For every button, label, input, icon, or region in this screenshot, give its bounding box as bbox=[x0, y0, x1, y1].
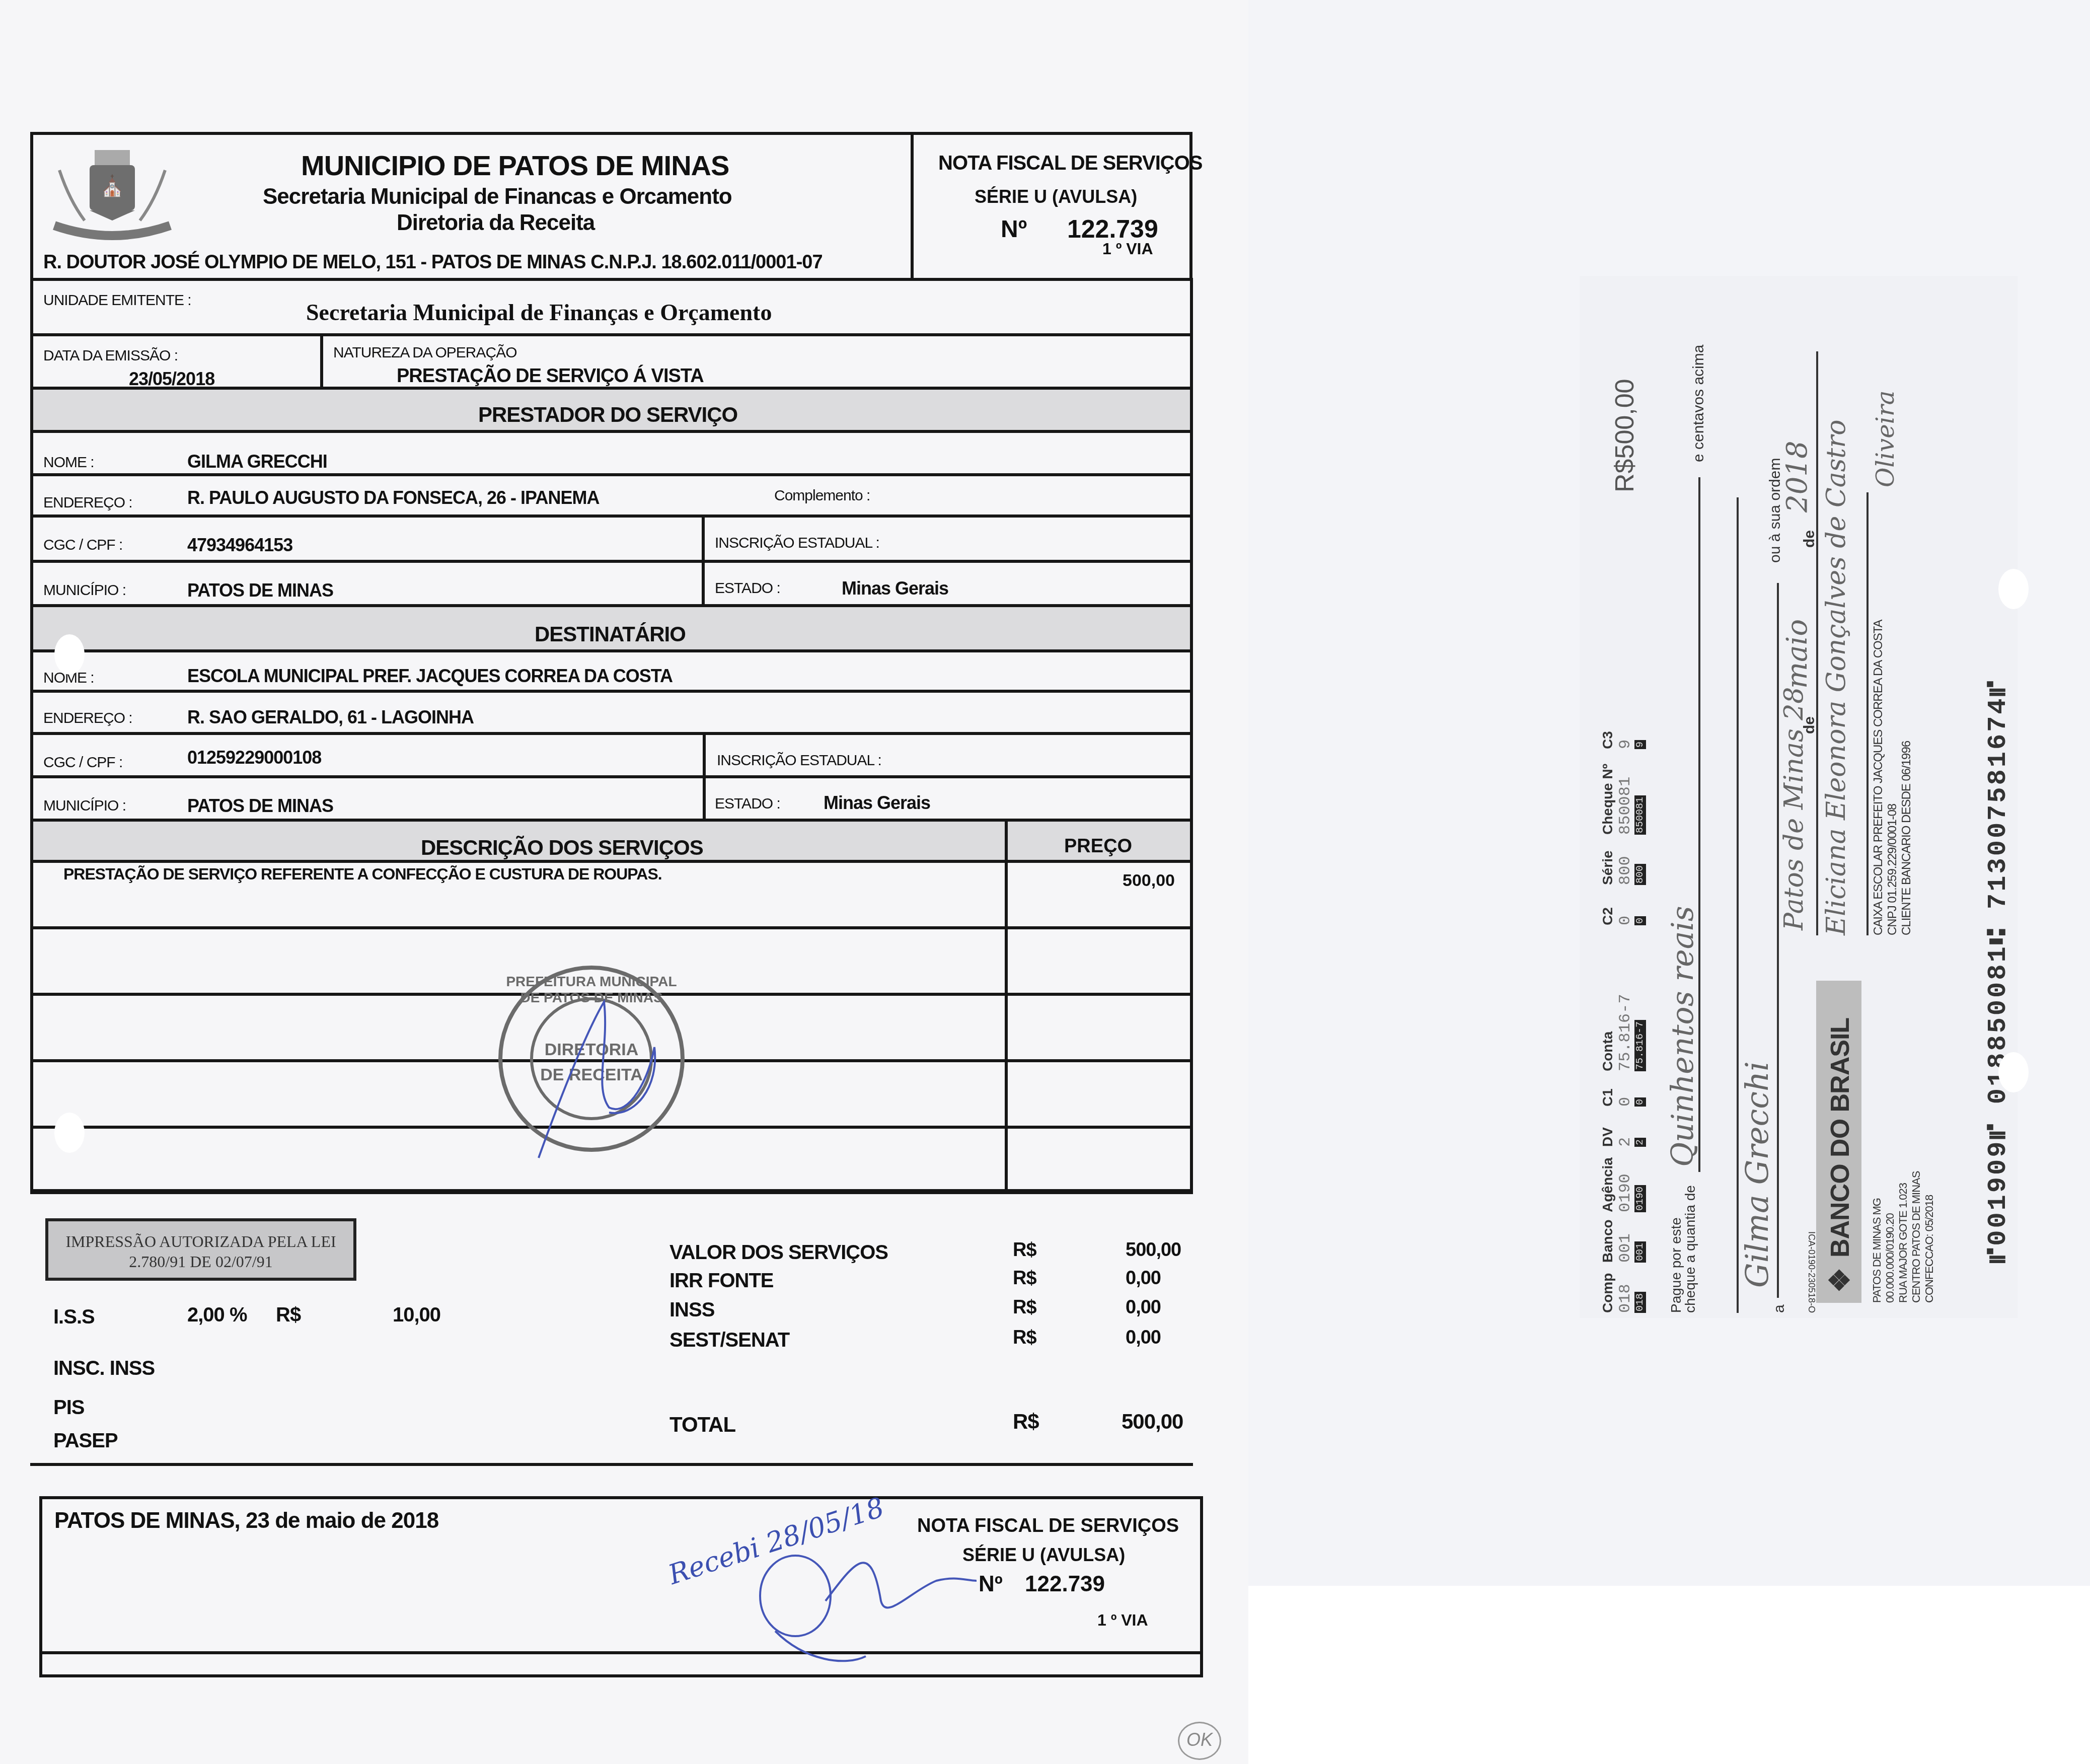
totals-row-value: 0,00 bbox=[1126, 1327, 1161, 1349]
check-signature-2: Oliveira bbox=[1872, 391, 1900, 488]
destinatario-cpf: 01259229000108 bbox=[187, 747, 321, 768]
total-value: 500,00 bbox=[1122, 1410, 1183, 1434]
prestador-nome-label: NOME : bbox=[43, 454, 94, 471]
iss-label: I.S.S bbox=[53, 1306, 95, 1329]
check-field-label: C3 bbox=[1600, 731, 1616, 749]
check-pay-text-line1: Pague por este bbox=[1669, 1217, 1683, 1313]
authorization-line1: IMPRESSÃO AUTORIZADA PELA LEI bbox=[48, 1232, 353, 1251]
prestador-cpf-label: CGC / CPF : bbox=[43, 537, 122, 554]
check-month: maio bbox=[1781, 619, 1814, 689]
bank-branch-line: CONFECCAO: 05/2018 bbox=[1923, 1171, 1936, 1303]
punch-hole bbox=[1998, 569, 2029, 609]
check-de-label-1: de bbox=[1801, 716, 1818, 734]
check-client-since: CLIENTE BANCARIO DESDE 06/1996 bbox=[1900, 741, 1914, 935]
footer-place-date: PATOS DE MINAS, 23 de maio de 2018 bbox=[54, 1508, 438, 1533]
check-field-label: C2 bbox=[1600, 907, 1616, 925]
check-field-value: 001 bbox=[1616, 1219, 1634, 1263]
bank-branch-line: CENTRO PATOS DE MINAS bbox=[1910, 1171, 1923, 1303]
total-currency: R$ bbox=[1013, 1410, 1039, 1434]
check-to-label: a bbox=[1771, 1304, 1788, 1313]
data-emissao-label: DATA DA EMISSÃO : bbox=[43, 347, 178, 364]
check-field-value: 0190 bbox=[1616, 1157, 1634, 1212]
totals-row-value: 0,00 bbox=[1126, 1297, 1161, 1318]
totals-row-label: INSS bbox=[669, 1299, 714, 1321]
check-field-label: Cheque Nº bbox=[1600, 764, 1616, 835]
nota-number-label: Nº bbox=[1001, 215, 1027, 243]
totals-row-currency: R$ bbox=[1013, 1239, 1036, 1261]
iss-rate: 2,00 % bbox=[187, 1304, 247, 1327]
services-desc-header: DESCRIÇÃO DOS SERVIÇOS bbox=[421, 836, 703, 860]
check-field: Comp018018 bbox=[1600, 1273, 1646, 1313]
check-field: Conta75.816-775.816-7 bbox=[1600, 994, 1646, 1071]
punch-hole bbox=[1998, 1052, 2029, 1092]
check-field-tag: 850081 bbox=[1634, 795, 1646, 835]
check-print-code: ICA-0190-230518-O bbox=[1806, 1231, 1817, 1313]
destinatario-section-title: DESTINATÁRIO bbox=[535, 622, 686, 646]
totals-row-label: IRR FONTE bbox=[669, 1270, 774, 1292]
check-amount-words: Quinhentos reais bbox=[1665, 906, 1700, 1167]
check-pay-text-line2: cheque a quantia de bbox=[1683, 1185, 1697, 1313]
invoice-paper: ⛪ MUNICIPIO DE PATOS DE MINAS Secretaria… bbox=[0, 0, 1248, 1764]
nota-via: 1 º VIA bbox=[1102, 240, 1153, 258]
check-field-tag: 0 bbox=[1634, 1097, 1646, 1107]
check-centavos-label: e centavos acima bbox=[1690, 345, 1707, 462]
natureza-value: PRESTAÇÃO DE SERVIÇO Á VISTA bbox=[397, 365, 704, 387]
check-field-tag: 75.816-7 bbox=[1634, 1020, 1646, 1071]
directorate-title: Diretoria da Receita bbox=[397, 210, 594, 236]
authorization-box: IMPRESSÃO AUTORIZADA PELA LEI 2.780/91 D… bbox=[45, 1218, 356, 1281]
check-field: Banco001001 bbox=[1600, 1219, 1646, 1263]
check-field-tag: 9 bbox=[1634, 740, 1646, 749]
punch-hole bbox=[54, 634, 85, 675]
check-field-label: Banco bbox=[1600, 1219, 1616, 1263]
municipality-title: MUNICIPIO DE PATOS DE MINAS bbox=[301, 149, 729, 182]
unidade-emitente-label: UNIDADE EMITENTE : bbox=[43, 292, 191, 309]
check-field-value: 0 bbox=[1616, 907, 1634, 925]
check-field-value: 2 bbox=[1616, 1127, 1634, 1147]
secretariat-title: Secretaria Municipal de Financas e Orcam… bbox=[263, 184, 732, 209]
check-amount: R$500,00 bbox=[1610, 379, 1640, 492]
check-field: Agência01900190 bbox=[1600, 1157, 1646, 1212]
nota-title: NOTA FISCAL DE SERVIÇOS bbox=[938, 152, 1202, 175]
check-field-tag: 0 bbox=[1634, 916, 1646, 925]
check-field-label: Comp bbox=[1600, 1273, 1616, 1313]
destinatario-ie-label: INSCRIÇÃO ESTADUAL : bbox=[717, 752, 881, 769]
nota-serie: SÉRIE U (AVULSA) bbox=[975, 186, 1137, 207]
prestador-endereco-label: ENDEREÇO : bbox=[43, 494, 132, 511]
destinatario-estado: Minas Gerais bbox=[824, 792, 930, 814]
punch-hole bbox=[54, 1113, 85, 1153]
prestador-estado: Minas Gerais bbox=[842, 578, 948, 599]
ok-mark: OK bbox=[1178, 1722, 1221, 1760]
prestador-municipio-label: MUNICÍPIO : bbox=[43, 582, 126, 599]
destinatario-nome: ESCOLA MUNICIPAL PREF. JACQUES CORREA DA… bbox=[187, 666, 673, 687]
pasep-label: PASEP bbox=[53, 1430, 118, 1452]
totals-row-label: SEST/SENAT bbox=[669, 1329, 789, 1352]
destinatario-estado-label: ESTADO : bbox=[715, 795, 780, 813]
footer-number: 122.739 bbox=[1025, 1572, 1105, 1597]
totals-row-label: VALOR DOS SERVIÇOS bbox=[669, 1241, 888, 1264]
address-line: R. DOUTOR JOSÉ OLYMPIO DE MELO, 151 - PA… bbox=[43, 252, 823, 273]
check-field-value: 800 bbox=[1616, 851, 1634, 886]
check-field-tag: 0190 bbox=[1634, 1185, 1646, 1212]
totals-row-value: 500,00 bbox=[1126, 1239, 1181, 1261]
natureza-label: NATUREZA DA OPERAÇÃO bbox=[333, 344, 517, 361]
destinatario-endereco-label: ENDEREÇO : bbox=[43, 710, 132, 727]
coat-of-arms-icon: ⛪ bbox=[39, 145, 185, 246]
check-field: C399 bbox=[1600, 731, 1646, 749]
bank-branch-info: PATOS DE MINAS MG00.000.000/0190.20RUA M… bbox=[1871, 1171, 1936, 1303]
footer-title: NOTA FISCAL DE SERVIÇOS bbox=[917, 1515, 1179, 1537]
service-item-price: 500,00 bbox=[1123, 871, 1175, 891]
check-year: 2018 bbox=[1781, 440, 1814, 512]
micr-line-area: ⑈001909⑈ 018850081⑆ 713007581674⑈ bbox=[1953, 579, 2054, 1284]
services-price-header: PREÇO bbox=[1064, 836, 1132, 857]
check-field-value: 850081 bbox=[1616, 764, 1634, 835]
check-field-value: 0 bbox=[1616, 1088, 1634, 1107]
bank-check: Comp018018Banco001001Agência01900190DV22… bbox=[1580, 276, 2018, 1318]
totals-row-currency: R$ bbox=[1013, 1297, 1036, 1318]
check-field-tag: 018 bbox=[1634, 1292, 1646, 1313]
authorization-line2: 2.780/91 DE 02/07/91 bbox=[48, 1253, 353, 1271]
unidade-emitente-value: Secretaria Municipal de Finanças e Orçam… bbox=[306, 299, 772, 326]
micr-line: ⑈001909⑈ 018850081⑆ 713007581674⑈ bbox=[1983, 679, 2013, 1264]
iss-currency: R$ bbox=[276, 1304, 301, 1327]
check-signature: Eliciana Eleonora Gonçalves de Castro bbox=[1821, 420, 1851, 935]
check-field-tag: 001 bbox=[1634, 1241, 1646, 1263]
check-field-label: C1 bbox=[1600, 1088, 1616, 1107]
prestador-complemento-label: Complemento : bbox=[774, 487, 870, 504]
destinatario-cpf-label: CGC / CPF : bbox=[43, 754, 122, 771]
prestador-cpf: 47934964153 bbox=[187, 535, 292, 556]
prestador-section-title: PRESTADOR DO SERVIÇO bbox=[478, 403, 737, 427]
totals-row-currency: R$ bbox=[1013, 1327, 1036, 1349]
check-cnpj: CNPJ 01.259.229/0001-08 bbox=[1886, 804, 1900, 935]
footer-via: 1 º VIA bbox=[1097, 1611, 1148, 1630]
prestador-municipio: PATOS DE MINAS bbox=[187, 580, 333, 601]
totals-row-currency: R$ bbox=[1013, 1268, 1036, 1289]
check-field-label: Série bbox=[1600, 851, 1616, 886]
check-field-tag: 2 bbox=[1634, 1138, 1646, 1147]
total-label: TOTAL bbox=[669, 1413, 735, 1437]
iss-value: 10,00 bbox=[393, 1304, 440, 1327]
totals-row-value: 0,00 bbox=[1126, 1268, 1161, 1289]
check-field-value: 018 bbox=[1616, 1273, 1634, 1313]
pis-label: PIS bbox=[53, 1396, 84, 1419]
check-field: Cheque Nº850081850081 bbox=[1600, 764, 1646, 835]
check-field-value: 75.816-7 bbox=[1616, 994, 1634, 1071]
bank-name: BANCO DO BRASIL bbox=[1825, 1018, 1855, 1258]
check-account-holder: CAIXA ESCOLAR PREFEITO JACQUES CORREA DA… bbox=[1872, 620, 1886, 935]
check-field: C100 bbox=[1600, 1088, 1646, 1107]
prestador-estado-label: ESTADO : bbox=[715, 580, 780, 597]
destinatario-endereco: R. SAO GERALDO, 61 - LAGOINHA bbox=[187, 707, 474, 728]
check-field-label: Agência bbox=[1600, 1157, 1616, 1212]
check-field: DV22 bbox=[1600, 1127, 1646, 1147]
check-field: Série800800 bbox=[1600, 851, 1646, 886]
check-field: C200 bbox=[1600, 907, 1646, 925]
insc-inss-label: INSC. INSS bbox=[53, 1357, 155, 1380]
bank-branch-line: PATOS DE MINAS MG bbox=[1871, 1171, 1884, 1303]
signature-stamp-icon bbox=[534, 987, 675, 1168]
receipt-signature-icon bbox=[745, 1540, 997, 1671]
check-field-tag: 800 bbox=[1634, 864, 1646, 885]
bank-branch-line: 00.000.000/0190.20 bbox=[1884, 1171, 1897, 1303]
destinatario-municipio: PATOS DE MINAS bbox=[187, 795, 333, 817]
bank-logo: ❖ BANCO DO BRASIL bbox=[1816, 981, 1861, 1303]
destinatario-municipio-label: MUNICÍPIO : bbox=[43, 797, 126, 815]
check-field-label: Conta bbox=[1600, 994, 1616, 1071]
prestador-ie-label: INSCRIÇÃO ESTADUAL : bbox=[715, 535, 879, 552]
prestador-endereco: R. PAULO AUGUSTO DA FONSECA, 26 - IPANEM… bbox=[187, 487, 599, 508]
check-field-label: DV bbox=[1600, 1127, 1616, 1147]
service-item-description: PRESTAÇÃO DE SERVIÇO REFERENTE A CONFECÇ… bbox=[63, 865, 662, 884]
svg-text:⛪: ⛪ bbox=[100, 174, 125, 197]
bank-logo-icon: ❖ bbox=[1823, 1268, 1856, 1293]
prestador-nome: GILMA GRECCHI bbox=[187, 451, 327, 472]
bank-branch-line: RUA MAJOR GOTE 1.023 bbox=[1897, 1171, 1910, 1303]
check-payee: Gilma Grecchi bbox=[1739, 1061, 1775, 1288]
check-de-label-2: de bbox=[1801, 530, 1818, 548]
check-field-value: 9 bbox=[1616, 731, 1634, 749]
